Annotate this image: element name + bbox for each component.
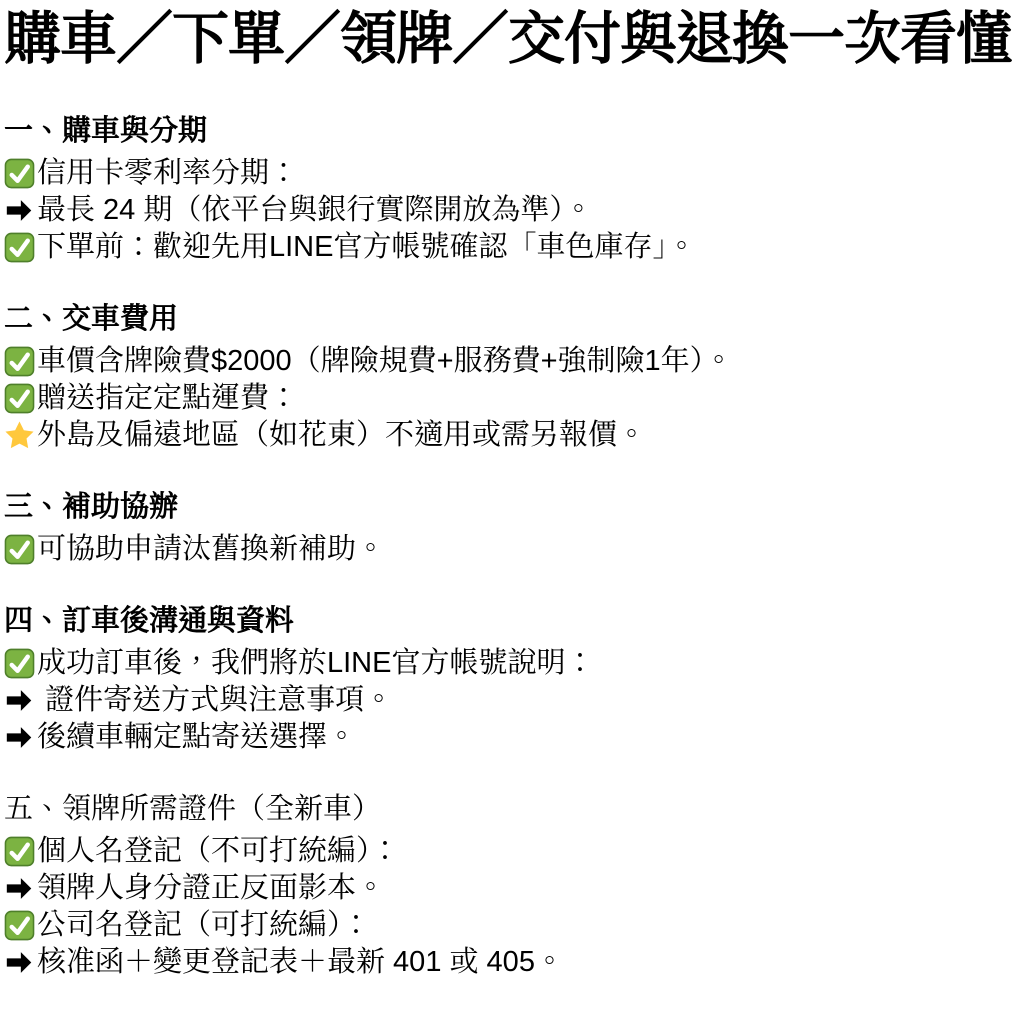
section-heading: 五、領牌所需證件（全新車） [4, 789, 1016, 829]
list-item-text: 外島及偏遠地區（如花東）不適用或需另報價。 [37, 417, 646, 454]
list-item-text: 個人名登記（不可打統編）： [37, 833, 400, 870]
section-purchase-installments: 一、購車與分期 信用卡零利率分期： 最長 24 期（依平台與銀行實際開放為準）。… [4, 111, 1016, 266]
list-item-text: 贈送指定定點運費： [37, 380, 298, 417]
list-item: 核准函＋變更登記表＋最新 401 或 405。 [4, 944, 1016, 981]
green-check-icon [4, 836, 35, 867]
section-subsidy-assistance: 三、補助協辦 可協助申請汰舊換新補助。 [4, 487, 1016, 568]
green-check-icon [4, 648, 35, 679]
list-item-text: 可協助申請汰舊換新補助。 [37, 531, 385, 568]
section-heading: 三、補助協辦 [4, 487, 1016, 527]
green-check-icon [4, 346, 35, 377]
section-heading: 一、購車與分期 [4, 111, 1016, 151]
list-item: 贈送指定定點運費： [4, 380, 1016, 417]
list-item-text: 證件寄送方式與注意事項。 [37, 682, 393, 719]
list-item: 領牌人身分證正反面影本。 [4, 870, 1016, 907]
section-heading: 二、交車費用 [4, 299, 1016, 339]
list-item-text: 成功訂車後，我們將於LINE官方帳號說明： [37, 645, 594, 682]
list-item-text: 領牌人身分證正反面影本。 [37, 870, 385, 907]
list-item-text: 後續車輛定點寄送選擇。 [37, 719, 356, 756]
right-arrow-icon [4, 873, 35, 904]
list-item: 個人名登記（不可打統編）： [4, 833, 1016, 870]
section-post-order-communication: 四、訂車後溝通與資料 成功訂車後，我們將於LINE官方帳號說明： 證件寄送方式與… [4, 601, 1016, 756]
list-item: 公司名登記（可打統編）： [4, 907, 1016, 944]
list-item-text: 最長 24 期（依平台與銀行實際開放為準）。 [37, 192, 593, 229]
star-icon [4, 420, 35, 451]
page-title: 購車／下單／領牌／交付與退換一次看懂 [4, 6, 1016, 73]
green-check-icon [4, 158, 35, 189]
list-item: 下單前：歡迎先用LINE官方帳號確認「車色庫存」。 [4, 229, 1016, 266]
section-license-documents: 五、領牌所需證件（全新車） 個人名登記（不可打統編）： 領牌人身分證正反面影本。… [4, 789, 1016, 981]
right-arrow-icon [4, 685, 35, 716]
list-item: 證件寄送方式與注意事項。 [4, 682, 1016, 719]
list-item: 最長 24 期（依平台與銀行實際開放為準）。 [4, 192, 1016, 229]
right-arrow-icon [4, 195, 35, 226]
list-item-text: 信用卡零利率分期： [37, 155, 298, 192]
right-arrow-icon [4, 722, 35, 753]
green-check-icon [4, 534, 35, 565]
list-item: 成功訂車後，我們將於LINE官方帳號說明： [4, 645, 1016, 682]
green-check-icon [4, 383, 35, 414]
green-check-icon [4, 910, 35, 941]
right-arrow-icon [4, 947, 35, 978]
green-check-icon [4, 232, 35, 263]
list-item: 外島及偏遠地區（如花東）不適用或需另報價。 [4, 417, 1016, 454]
list-item: 車價含牌險費$2000（牌險規費+服務費+強制險1年）。 [4, 343, 1016, 380]
list-item-text: 核准函＋變更登記表＋最新 401 或 405。 [37, 944, 564, 981]
list-item: 信用卡零利率分期： [4, 155, 1016, 192]
list-item-text: 下單前：歡迎先用LINE官方帳號確認「車色庫存」。 [37, 229, 696, 266]
list-item: 後續車輛定點寄送選擇。 [4, 719, 1016, 756]
list-item: 可協助申請汰舊換新補助。 [4, 531, 1016, 568]
section-delivery-fees: 二、交車費用 車價含牌險費$2000（牌險規費+服務費+強制險1年）。 贈送指定… [4, 299, 1016, 454]
list-item-text: 公司名登記（可打統編）： [37, 907, 371, 944]
list-item-text: 車價含牌險費$2000（牌險規費+服務費+強制險1年）。 [37, 343, 733, 380]
document-page: 購車／下單／領牌／交付與退換一次看懂 一、購車與分期 信用卡零利率分期： 最長 … [0, 0, 1024, 981]
section-heading: 四、訂車後溝通與資料 [4, 601, 1016, 641]
